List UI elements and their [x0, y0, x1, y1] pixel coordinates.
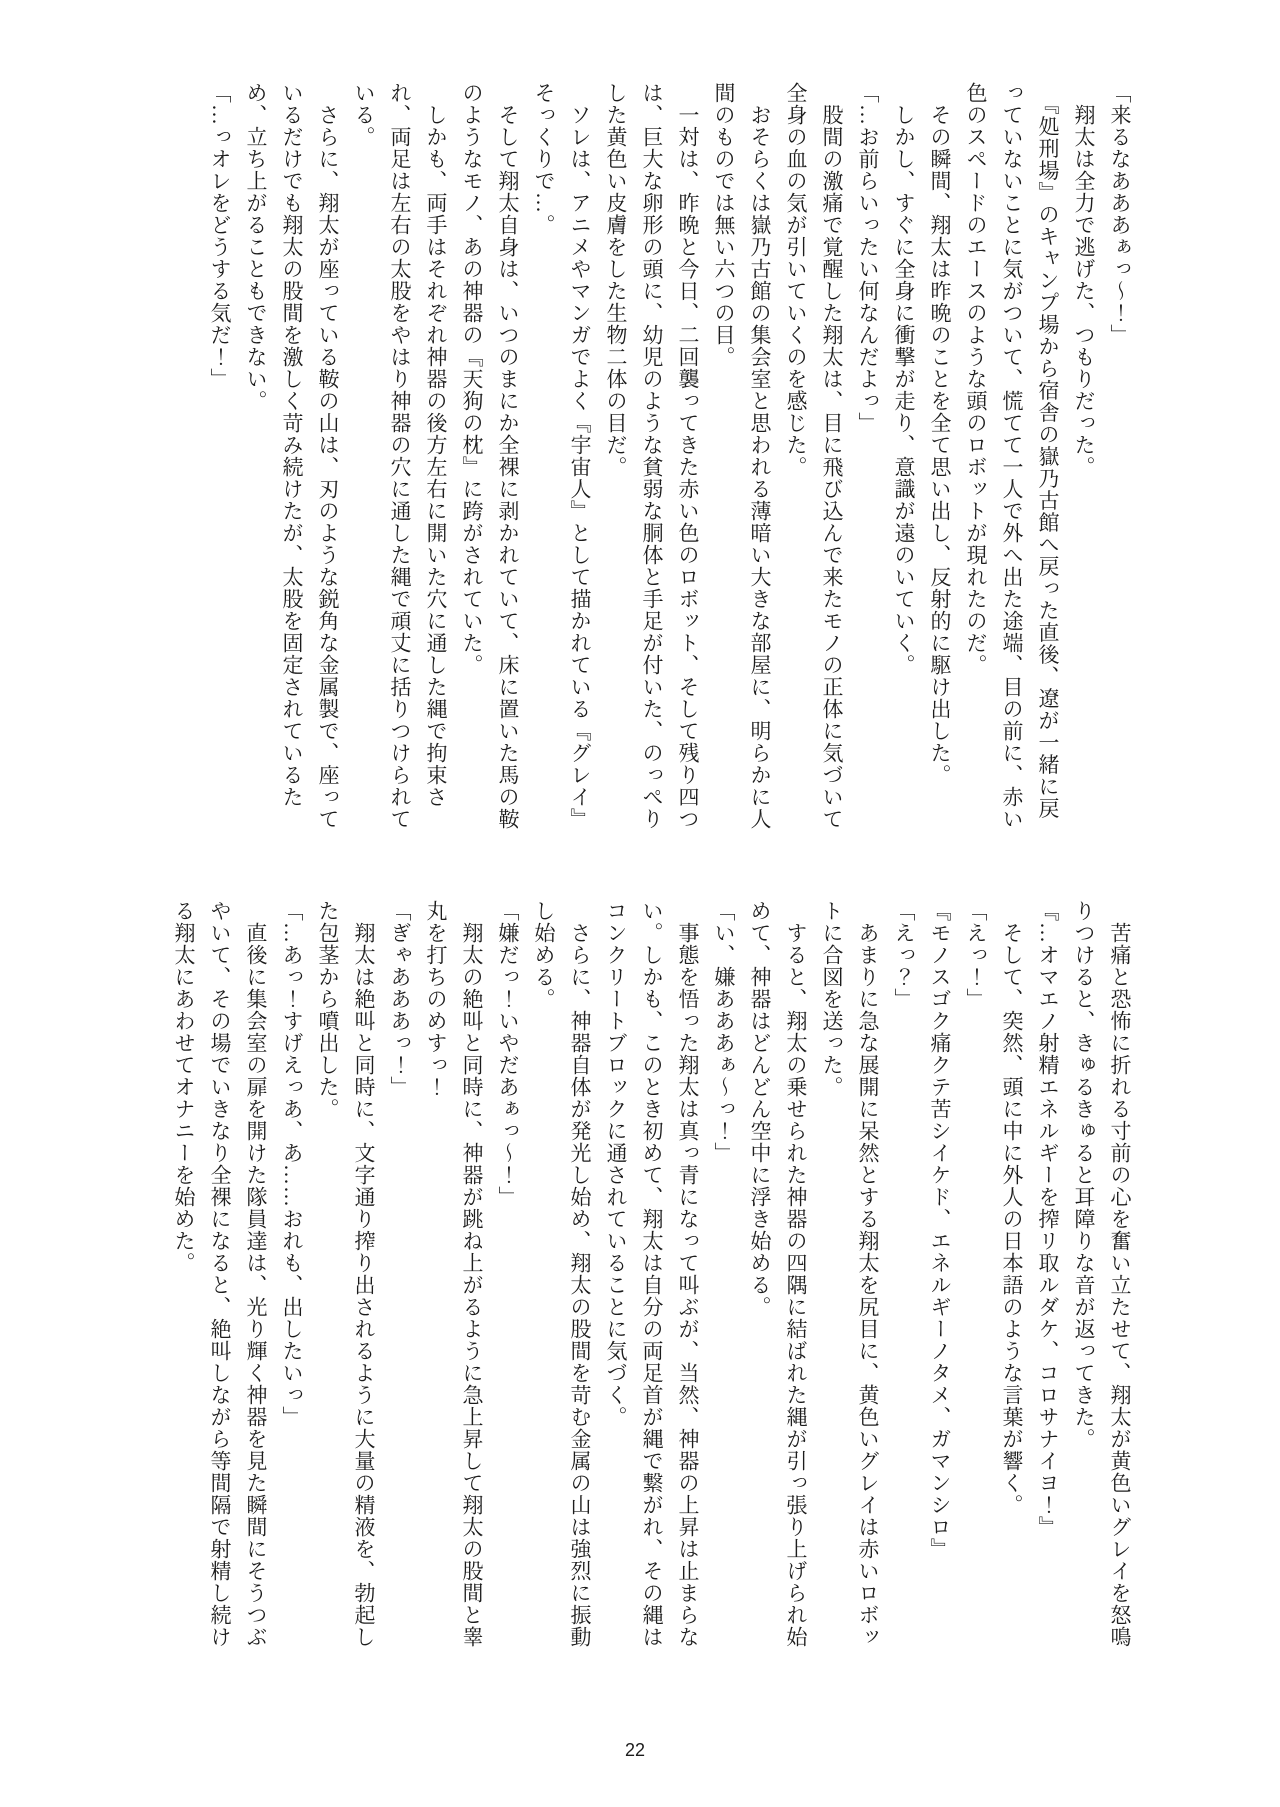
text-column: 直後に集会室の扉を開けた隊員達は、光り輝く神器を見た瞬間にそうつぶ [238, 900, 274, 1690]
text-column: め、立ち上がることもできない。 [238, 82, 274, 872]
text-column: りつけると、きゅるきゅると耳障りな音が返ってきた。 [1066, 900, 1102, 1690]
text-column: 翔太は絶叫と同時に、文字通り搾り出されるように大量の精液を、勃起し [346, 900, 382, 1690]
text-column: 色のスペードのエースのような頭のロボットが現れたのだ。 [958, 82, 994, 872]
text-column: た包茎から噴出した。 [310, 900, 346, 1690]
text-block-top: 「来るなあああぁっ～！」 翔太は全力で逃げた、つもりだった。 『処刑場』のキャン… [202, 82, 1138, 872]
text-column: さらに、翔太が座っている鞍の山は、刃のような鋭角な金属製で、座って [310, 82, 346, 872]
text-column: 「来るなあああぁっ～！」 [1102, 82, 1138, 872]
text-column: しかも、両手はそれぞれ神器の後方左右に開いた穴に通した縄で拘束さ [418, 82, 454, 872]
text-column: 事態を悟った翔太は真っ青になって叫ぶが、当然、神器の上昇は止まらな [670, 900, 706, 1690]
text-column: のようなモノ、あの神器の『天狗の枕』に跨がされていた。 [454, 82, 490, 872]
text-column: すると、翔太の乗せられた神器の四隅に結ばれた縄が引っ張り上げられ始 [778, 900, 814, 1690]
text-column: れ、両足は左右の太股をやはり神器の穴に通した縄で頑丈に括りつけられて [382, 82, 418, 872]
text-column: 翔太は全力で逃げた、つもりだった。 [1066, 82, 1102, 872]
text-column: そして、突然、頭に中に外人の日本語のような言葉が響く。 [994, 900, 1030, 1690]
text-column: そっくりで…。 [526, 82, 562, 872]
text-column: 『処刑場』のキャンプ場から宿舎の嶽乃古館へ戻った直後、遼が一緒に戻 [1030, 82, 1066, 872]
text-column: 『…オマエノ射精エネルギーを搾リ取ルダケ、コロサナイヨ！』 [1030, 900, 1066, 1690]
text-column: 『モノスゴク痛クテ苦シイケド、エネルギーノタメ、ガマンシロ』 [922, 900, 958, 1690]
text-column: 「…っオレをどうする気だ！」 [202, 82, 238, 872]
text-column: その瞬間、翔太は昨晩のことを全て思い出し、反射的に駆け出した。 [922, 82, 958, 872]
text-column: い。しかも、このとき初めて、翔太は自分の両足首が縄で繋がれ、その縄は [634, 900, 670, 1690]
text-column: いるだけでも翔太の股間を激しく苛み続けたが、太股を固定されているた [274, 82, 310, 872]
text-column: 丸を打ちのめすっ！ [418, 900, 454, 1690]
text-column: し始める。 [526, 900, 562, 1690]
text-column: 「えっ？」 [886, 900, 922, 1690]
text-block-bottom: 苦痛と恐怖に折れる寸前の心を奮い立たせて、翔太が黄色いグレイを怒鳴 りつけると、… [166, 900, 1138, 1690]
text-column: っていないことに気がついて、慌てて一人で外へ出た途端、目の前に、赤い [994, 82, 1030, 872]
text-column: 「…お前らいったい何なんだよっ」 [850, 82, 886, 872]
text-column: した黄色い皮膚をした生物二体の目だ。 [598, 82, 634, 872]
book-page: 「来るなあああぁっ～！」 翔太は全力で逃げた、つもりだった。 『処刑場』のキャン… [0, 0, 1280, 1807]
text-column: コンクリートブロックに通されていることに気づく。 [598, 900, 634, 1690]
text-column: そして翔太自身は、いつのまにか全裸に剥かれていて、床に置いた馬の鞍 [490, 82, 526, 872]
text-column: 「ぎゃあああっ！」 [382, 900, 418, 1690]
text-column: 翔太の絶叫と同時に、神器が跳ね上がるように急上昇して翔太の股間と睾 [454, 900, 490, 1690]
text-column: いる。 [346, 82, 382, 872]
text-column: 股間の激痛で覚醒した翔太は、目に飛び込んで来たモノの正体に気づいて [814, 82, 850, 872]
text-column: 間のものでは無い六つの目。 [706, 82, 742, 872]
text-column: 苦痛と恐怖に折れる寸前の心を奮い立たせて、翔太が黄色いグレイを怒鳴 [1102, 900, 1138, 1690]
text-column: 「い、嫌あああぁ～っ！」 [706, 900, 742, 1690]
text-column: おそらくは嶽乃古館の集会室と思われる薄暗い大きな部屋に、明らかに人 [742, 82, 778, 872]
text-column: あまりに急な展開に呆然とする翔太を尻目に、黄色いグレイは赤いロボッ [850, 900, 886, 1690]
text-column: 「嫌だっ！いやだあぁっ～！」 [490, 900, 526, 1690]
text-column: は、巨大な卵形の頭に、幼児のような貧弱な胴体と手足が付いた、のっぺり [634, 82, 670, 872]
text-column: しかし、すぐに全身に衝撃が走り、意識が遠のいていく。 [886, 82, 922, 872]
text-column: ソレは、アニメやマンガでよく『宇宙人』として描かれている『グレイ』 [562, 82, 598, 872]
text-column: めて、神器はどんどん空中に浮き始める。 [742, 900, 778, 1690]
page-number: 22 [0, 1740, 1270, 1761]
text-column: やいて、その場でいきなり全裸になると、絶叫しながら等間隔で射精し続け [202, 900, 238, 1690]
text-column: さらに、神器自体が発光し始め、翔太の股間を苛む金属の山は強烈に振動 [562, 900, 598, 1690]
text-column: 「えっ！」 [958, 900, 994, 1690]
text-column: る翔太にあわせてオナニーを始めた。 [166, 900, 202, 1690]
text-column: トに合図を送った。 [814, 900, 850, 1690]
text-column: 全身の血の気が引いていくのを感じた。 [778, 82, 814, 872]
text-column: 一対は、昨晩と今日、二回襲ってきた赤い色のロボット、そして残り四つ [670, 82, 706, 872]
text-column: 「…あっ！すげえっあ、あ……おれも、出したいっ」 [274, 900, 310, 1690]
